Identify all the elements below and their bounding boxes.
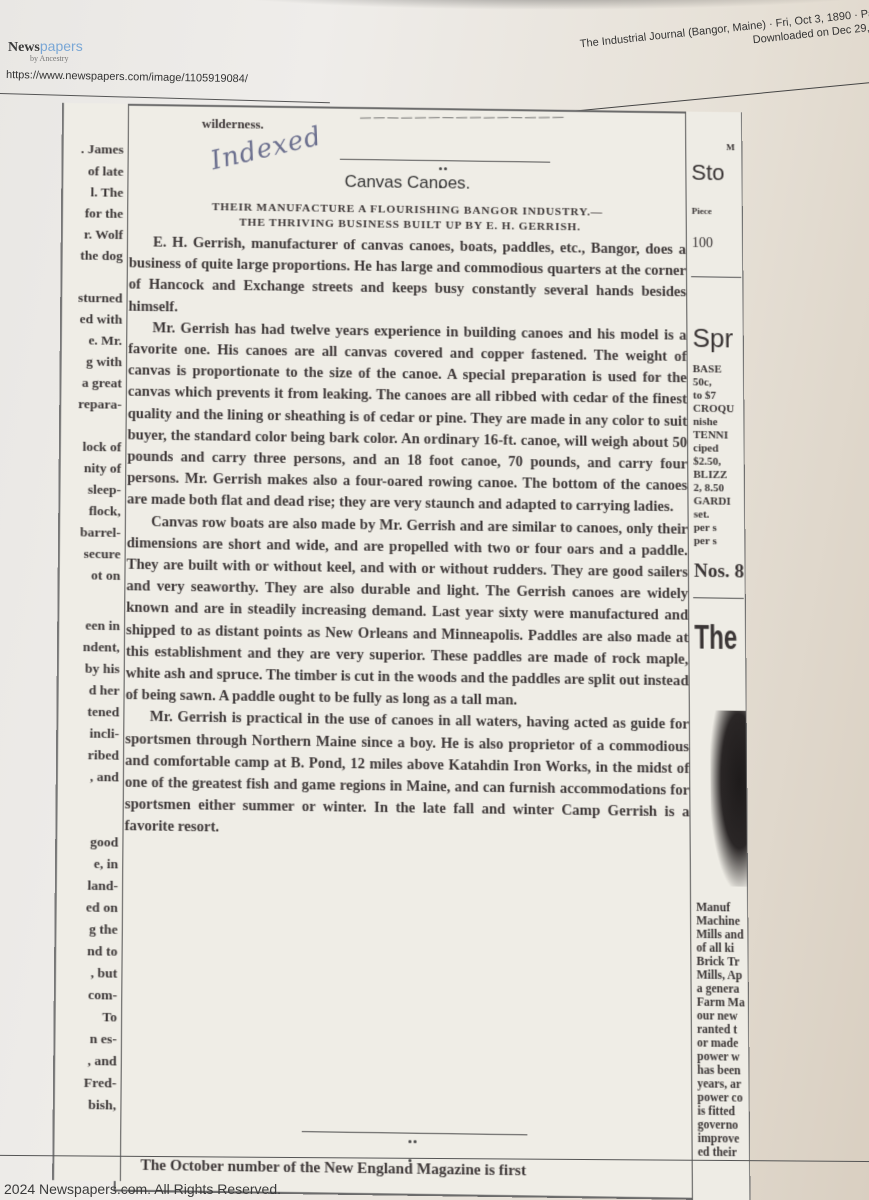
left-fragment: for the [85, 205, 124, 222]
rc-top-small: M [726, 142, 735, 152]
left-column-fragments: . Jamesof latel. Thefor ther. Wolfthe do… [52, 103, 129, 1181]
right-fragment: is fitted [697, 1105, 745, 1119]
left-fragment: barrel- [80, 524, 121, 541]
left-fragment: flock, [89, 503, 121, 520]
left-fragment: sturned [78, 290, 123, 307]
left-fragment: e, in [94, 856, 119, 873]
left-fragment: bish, [88, 1097, 116, 1114]
rc-bottom-list: ManufMachineMills andof all kiBrick TrMi… [696, 902, 746, 1161]
left-fragment: , and [90, 769, 119, 786]
left-fragment: ot on [91, 567, 120, 584]
paragraph-4: Mr. Gerrish is practical in the use of c… [125, 707, 690, 846]
header-rule-right [560, 81, 869, 113]
right-fragment: Farm Ma [697, 996, 745, 1010]
left-fragment: lock of [82, 439, 121, 456]
right-fragment: to $7 [693, 389, 734, 403]
left-fragment: g the [89, 921, 118, 938]
right-fragment: 50c, [693, 376, 734, 390]
logo-news: News [8, 40, 40, 55]
publication-info: The Industrial Journal (Bangor, Maine) ·… [477, 4, 869, 76]
rc-line-2: 100 [692, 236, 713, 252]
left-fragment: een in [85, 617, 120, 634]
left-fragment: ribed [88, 747, 119, 764]
left-fragment: , but [90, 965, 117, 982]
left-fragment: l. The [90, 184, 123, 201]
previous-article-fragment: — — — — — — — — — — — — — — — [360, 111, 680, 120]
left-fragment: n es- [90, 1031, 117, 1048]
camera-shadow [200, 0, 869, 10]
paragraph-2: Mr. Gerrish has had twelve years experie… [127, 318, 688, 520]
left-fragment: sleep- [88, 481, 121, 498]
right-fragment: $2.50, [693, 455, 734, 469]
right-fragment: of all ki [696, 942, 744, 956]
right-fragment: GARDI [694, 495, 735, 509]
left-fragment: the dog [80, 248, 123, 265]
rc-divider-2 [693, 597, 744, 599]
left-fragment: com- [88, 987, 117, 1004]
right-fragment: ed their [698, 1146, 746, 1160]
right-fragment: nishe [693, 416, 734, 430]
right-fragment: ranted t [697, 1024, 745, 1038]
right-fragment: our new [697, 1010, 745, 1024]
right-fragment: has been [697, 1064, 745, 1078]
rc-heading-1: Sto [691, 160, 724, 187]
right-fragment: BASE [693, 363, 734, 377]
right-fragment: Brick Tr [696, 956, 744, 970]
image-url[interactable]: https://www.newspapers.com/image/1105919… [6, 69, 248, 85]
copyright-notice: 2024 Newspapers.com. All Rights Reserved… [4, 1181, 281, 1197]
right-fragment: per s [694, 535, 735, 549]
left-fragment: g with [86, 354, 122, 371]
right-column-fragments: M Sto Piece 100 Spr BASE50c,to $7CROQUni… [685, 112, 749, 1200]
rc-heading-3: The [694, 618, 737, 659]
right-fragment: a genera [697, 983, 745, 997]
right-fragment: Machine [696, 915, 744, 929]
right-fragment: per s [694, 522, 735, 536]
rc-divider [691, 276, 741, 278]
right-fragment: or made [697, 1037, 745, 1051]
left-fragment: ed with [80, 311, 123, 328]
left-fragment: , and [87, 1052, 116, 1069]
left-fragment: ndent, [83, 639, 120, 656]
rc-heading-2: Spr [692, 323, 733, 355]
right-fragment: Manuf [696, 902, 744, 916]
rc-list: BASE50c,to $7CROQUnisheTENNIciped$2.50,B… [693, 363, 736, 549]
left-fragment: To [102, 1009, 117, 1026]
right-fragment: Mills, Ap [697, 969, 745, 983]
left-fragment: d her [89, 682, 120, 699]
newspapers-logo[interactable]: Newspapers by Ancestry [8, 39, 83, 55]
right-fragment: CROQU [693, 403, 734, 417]
left-fragment: . James [81, 141, 124, 158]
right-fragment: set. [694, 508, 735, 522]
left-fragment: by his [85, 660, 120, 677]
left-fragment: ed on [86, 899, 118, 916]
logo-papers: papers [40, 38, 83, 54]
left-fragment: good [90, 834, 118, 851]
right-fragment: governo [698, 1119, 746, 1133]
newspaper-clipping: . Jamesof latel. Thefor ther. Wolfthe do… [114, 104, 751, 1200]
right-fragment: Mills and [696, 929, 744, 943]
right-fragment: power co [697, 1092, 745, 1106]
paragraph-3: Canvas row boats are also made by Mr. Ge… [125, 511, 688, 714]
left-fragment: incli- [89, 725, 119, 742]
right-fragment: power w [697, 1051, 745, 1065]
left-fragment: repara- [78, 396, 122, 413]
left-fragment: e. Mr. [88, 332, 122, 349]
left-fragment: tened [87, 704, 119, 721]
left-fragment: nity of [84, 460, 122, 477]
right-fragment: ciped [693, 442, 734, 456]
engraving-image [710, 710, 749, 886]
header-rule [0, 93, 330, 103]
left-fragment: secure [84, 546, 121, 563]
paragraph-1: E. H. Gerrish, manufacturer of canvas ca… [128, 232, 686, 325]
logo-by-ancestry: by Ancestry [30, 55, 68, 63]
left-fragment: a great [82, 375, 122, 392]
left-fragment: Fred- [84, 1074, 117, 1091]
right-fragment: TENNI [693, 429, 734, 443]
rc-line-1: Piece [692, 206, 712, 216]
rc-nos: Nos. 8 [694, 560, 744, 583]
left-fragment: land- [87, 877, 118, 894]
left-fragment: r. Wolf [84, 226, 123, 243]
right-fragment: improve [698, 1133, 746, 1147]
left-fragment: nd to [87, 943, 117, 960]
right-fragment: BLIZZ [693, 469, 734, 483]
right-fragment: 2, 8.50 [693, 482, 734, 496]
right-fragment: years, ar [697, 1078, 745, 1092]
article-body: E. H. Gerrish, manufacturer of canvas ca… [125, 232, 690, 846]
top-fragment: wilderness. [202, 113, 264, 135]
left-fragment: of late [88, 163, 124, 180]
